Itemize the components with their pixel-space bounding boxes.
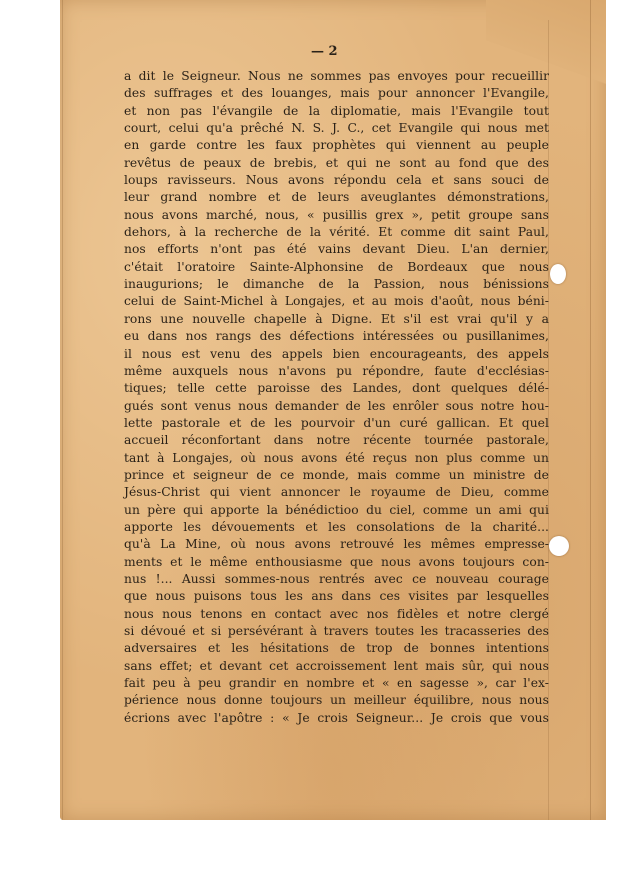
text-line: nus !... Aussi sommes-nous rentrés avec …	[124, 571, 549, 588]
text-line: nos efforts n'ont pas été vains devant D…	[124, 241, 549, 258]
text-line: et non pas l'évangile de la diplomatie, …	[124, 103, 549, 120]
punch-hole-top	[550, 264, 566, 284]
text-line: rons une nouvelle chapelle à Digne. Et s…	[124, 311, 549, 328]
text-line: qu'à La Mine, où nous avons retrouvé les…	[124, 536, 549, 553]
text-line: revêtus de peaux de brebis, et qui ne so…	[124, 155, 549, 172]
text-line: tiques; telle cette paroisse des Landes,…	[124, 380, 549, 397]
text-line: accueil réconfortant dans notre récente …	[124, 432, 549, 449]
text-line: sans effet; et devant cet accroissement …	[124, 658, 549, 675]
text-line: nous nous tenons en contact avec nos fid…	[124, 606, 549, 623]
text-line: périence nous donne toujours un meilleur…	[124, 692, 549, 709]
text-line: écrions avec l'apôtre : « Je crois Seign…	[124, 710, 549, 727]
text-line: a dit le Seigneur. Nous ne sommes pas en…	[124, 68, 549, 85]
text-line: en garde contre les faux prophètes qui v…	[124, 137, 549, 154]
text-line: c'était l'oratoire Sainte-Alphonsine de …	[124, 259, 549, 276]
punch-hole-bottom	[549, 536, 569, 556]
text-line: il nous est venu des appels bien encoura…	[124, 346, 549, 363]
text-line: eu dans nos rangs des défections intéres…	[124, 328, 549, 345]
text-line: si dévoué et si persévérant à travers to…	[124, 623, 549, 640]
text-line: gués sont venus nous demander de les enr…	[124, 398, 549, 415]
text-line: que nous puisons tous les ans dans ces v…	[124, 588, 549, 605]
text-line: adversaires et les hésitations de trop d…	[124, 640, 549, 657]
text-line: fait peu à peu grandir en nombre et « en…	[124, 675, 549, 692]
text-line: lette pastorale et de les pourvoir d'un …	[124, 415, 549, 432]
text-line: celui de Saint-Michel à Longajes, et au …	[124, 293, 549, 310]
text-line: ments et le même enthousiasme que nous a…	[124, 554, 549, 571]
body-text: a dit le Seigneur. Nous ne sommes pas en…	[124, 68, 549, 727]
page-edge-crease	[62, 0, 63, 820]
text-line: Jésus-Christ qui vient annoncer le royau…	[124, 484, 549, 501]
text-line: prince et seigneur de ce monde, mais com…	[124, 467, 549, 484]
right-edge-crease	[590, 0, 591, 820]
text-line: inaugurions; le dimanche de la Passion, …	[124, 276, 549, 293]
text-line: tant à Longajes, où nous avons été reçus…	[124, 450, 549, 467]
text-line: leur grand nombre et de leurs aveuglante…	[124, 189, 549, 206]
text-line: nous avons marché, nous, « pusillis grex…	[124, 207, 549, 224]
text-line: loups ravisseurs. Nous avons répondu cel…	[124, 172, 549, 189]
page-number: — 2	[311, 44, 338, 59]
text-line: apporte les dévouements et les consolati…	[124, 519, 549, 536]
text-line: court, celui qu'a prêché N. S. J. C., ce…	[124, 120, 549, 137]
text-line: des suffrages et des louanges, mais pour…	[124, 85, 549, 102]
text-line: un père qui apporte la bénédictioo du ci…	[124, 502, 549, 519]
text-line: dehors, à la recherche de la vérité. Et …	[124, 224, 549, 241]
text-line: même auxquels nous n'avons pu répondre, …	[124, 363, 549, 380]
